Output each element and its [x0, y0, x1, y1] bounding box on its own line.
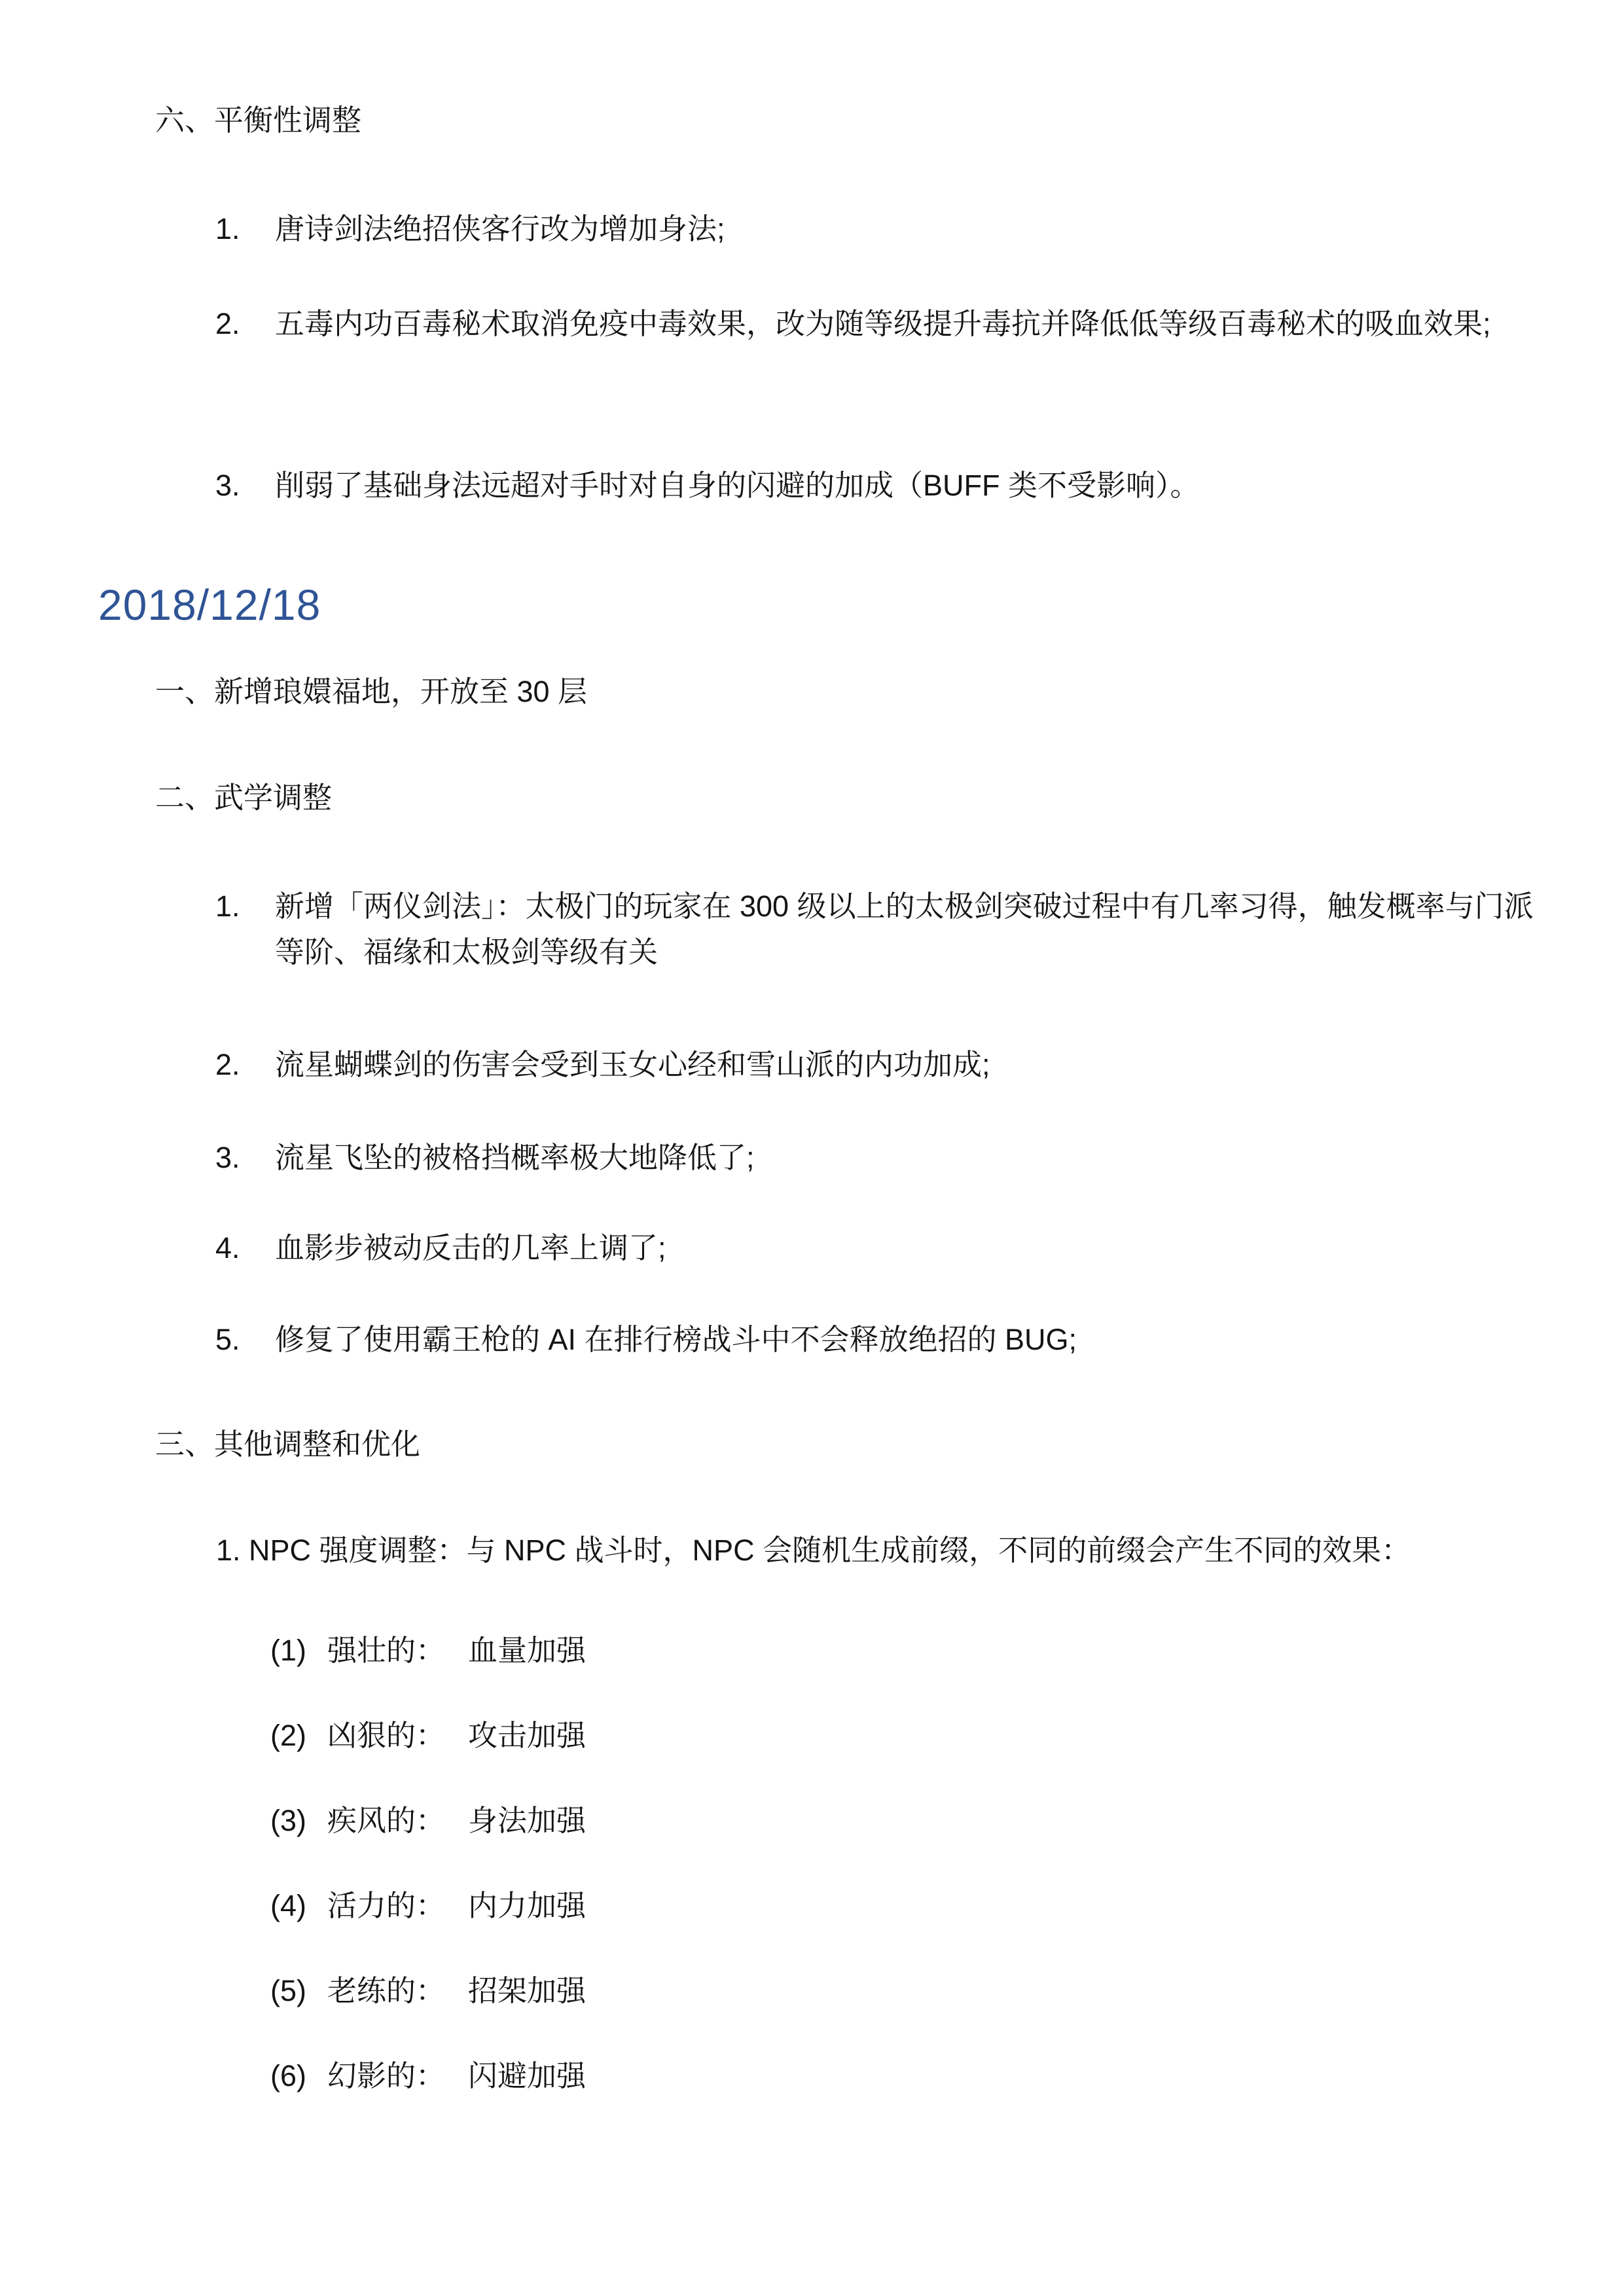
list-item: 1.唐诗剑法绝招侠客行改为增加身法;: [215, 206, 1538, 252]
list-text: 流星飞坠的被格挡概率极大地降低了;: [275, 1135, 1538, 1181]
npc-intro: 1. NPC 强度调整：与 NPC 战斗时，NPC 会随机生成前缀，不同的前缀会…: [216, 1528, 1411, 1573]
list-item: 3.流星飞坠的被格挡概率极大地降低了;: [215, 1135, 1538, 1181]
prefix-item: (2)凶狠的：攻击加强: [270, 1713, 586, 1759]
prefix-number: (5): [270, 1968, 327, 2014]
section-heading-other: 三、其他调整和优化: [155, 1422, 420, 1467]
prefix-effect: 闪避加强: [468, 2053, 586, 2099]
list-number: 2.: [215, 1042, 275, 1088]
prefix-item: (1)强壮的：血量加强: [270, 1628, 586, 1674]
prefix-effect: 血量加强: [468, 1628, 586, 1674]
prefix-item: (3)疾风的：身法加强: [270, 1798, 586, 1844]
date-heading: 2018/12/18: [98, 579, 321, 631]
list-item: 5.修复了使用霸王枪的 AI 在排行榜战斗中不会释放绝招的 BUG;: [215, 1317, 1538, 1363]
prefix-label: 活力的：: [327, 1883, 445, 1929]
prefix-number: (1): [270, 1628, 327, 1674]
list-text: 修复了使用霸王枪的 AI 在排行榜战斗中不会释放绝招的 BUG;: [275, 1317, 1538, 1363]
list-number: 2.: [215, 301, 275, 347]
list-number: 3.: [215, 463, 275, 509]
prefix-effect: 攻击加强: [468, 1713, 586, 1759]
list-text: 流星蝴蝶剑的伤害会受到玉女心经和雪山派的内功加成;: [275, 1042, 1538, 1088]
list-text: 五毒内功百毒秘术取消免疫中毒效果，改为随等级提升毒抗并降低低等级百毒秘术的吸血效…: [275, 301, 1538, 347]
list-item: 2.流星蝴蝶剑的伤害会受到玉女心经和雪山派的内功加成;: [215, 1042, 1538, 1088]
prefix-label: 凶狠的：: [327, 1713, 445, 1759]
list-item: 4.血影步被动反击的几率上调了;: [215, 1225, 1538, 1271]
list-number: 1.: [215, 206, 275, 252]
list-item: 3.削弱了基础身法远超对手时对自身的闪避的加成（BUFF 类不受影响）。: [215, 463, 1538, 509]
prefix-effect: 招架加强: [468, 1968, 586, 2014]
list-number: 4.: [215, 1225, 275, 1271]
list-text: 唐诗剑法绝招侠客行改为增加身法;: [275, 206, 1538, 252]
prefix-item: (4)活力的：内力加强: [270, 1883, 586, 1929]
prefix-number: (4): [270, 1883, 327, 1929]
list-number: 1.: [215, 884, 275, 929]
list-text: 新增「两仪剑法」：太极门的玩家在 300 级以上的太极剑突破过程中有几率习得，触…: [275, 884, 1538, 975]
prefix-number: (6): [270, 2053, 327, 2099]
prefix-number: (2): [270, 1713, 327, 1759]
list-number: 3.: [215, 1135, 275, 1181]
prefix-label: 疾风的：: [327, 1798, 445, 1844]
prefix-item: (5)老练的：招架加强: [270, 1968, 586, 2014]
section-heading-wuxue: 二、武学调整: [155, 775, 332, 821]
prefix-label: 强壮的：: [327, 1628, 445, 1674]
list-item: 1.新增「两仪剑法」：太极门的玩家在 300 级以上的太极剑突破过程中有几率习得…: [215, 884, 1538, 975]
prefix-effect: 内力加强: [468, 1883, 586, 1929]
section-heading-langhuan: 一、新增琅嬛福地，开放至 30 层: [155, 669, 587, 715]
list-item: 2.五毒内功百毒秘术取消免疫中毒效果，改为随等级提升毒抗并降低低等级百毒秘术的吸…: [215, 301, 1538, 347]
section-heading-balance: 六、平衡性调整: [155, 98, 361, 143]
list-text: 血影步被动反击的几率上调了;: [275, 1225, 1538, 1271]
list-text: 削弱了基础身法远超对手时对自身的闪避的加成（BUFF 类不受影响）。: [275, 463, 1538, 509]
document-page: 六、平衡性调整 1.唐诗剑法绝招侠客行改为增加身法; 2.五毒内功百毒秘术取消免…: [0, 0, 1624, 2296]
list-number: 5.: [215, 1317, 275, 1363]
prefix-label: 幻影的：: [327, 2053, 445, 2099]
prefix-label: 老练的：: [327, 1968, 445, 2014]
prefix-effect: 身法加强: [468, 1798, 586, 1844]
prefix-item: (6)幻影的：闪避加强: [270, 2053, 586, 2099]
prefix-number: (3): [270, 1798, 327, 1844]
